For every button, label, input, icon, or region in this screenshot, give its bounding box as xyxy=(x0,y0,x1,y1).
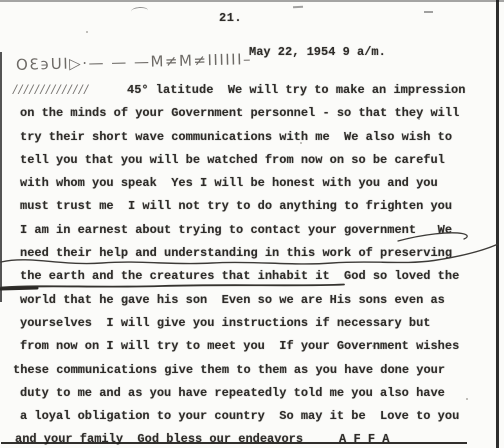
signature-line-underline xyxy=(1,442,467,444)
typed-line: yourselves I will give you instructions … xyxy=(20,312,465,335)
typed-line: I am in earnest about trying to contact … xyxy=(20,219,465,242)
typed-line: and your family God bless our endeavors … xyxy=(15,428,465,448)
typed-line: the earth and the creatures that inhabit… xyxy=(20,265,465,288)
scan-speck xyxy=(86,31,88,33)
typed-line: tell you that you will be watched from n… xyxy=(20,149,465,172)
scan-edge-right xyxy=(496,0,499,448)
typed-line: must trust me I will not try to do anyth… xyxy=(20,195,465,218)
typed-line: on the minds of your Government personne… xyxy=(20,102,465,125)
stray-pencil-dash xyxy=(293,6,303,8)
scan-edge-left xyxy=(0,52,2,302)
typed-line: need their help and understanding in thi… xyxy=(20,242,465,265)
typed-line: a loyal obligation to your country So ma… xyxy=(20,405,465,428)
typed-line: these communications give them to them a… xyxy=(13,359,465,382)
stray-pencil-dash xyxy=(424,11,433,13)
typed-line: 45° latitude We will try to make an impr… xyxy=(127,79,465,102)
typed-line: from now on I will try to meet you If yo… xyxy=(20,335,465,358)
scan-speck xyxy=(466,398,468,400)
typed-line: try their short wave communications with… xyxy=(20,126,465,149)
typed-line: duty to me and as you have repeatedly to… xyxy=(20,382,465,405)
page-number: 21. xyxy=(219,11,242,25)
typed-body: 45° latitude We will try to make an impr… xyxy=(20,79,465,448)
stray-pencil-curve xyxy=(131,6,149,15)
date-line: May 22, 1954 9 a/m. xyxy=(249,45,386,59)
typed-line: with whom you speak Yes I will be honest… xyxy=(20,172,465,195)
typed-line: world that he gave his son Even so we ar… xyxy=(20,289,465,312)
scanned-document-page: 21. May 22, 1954 9 a/m. OƐ϶UI▷·— — —M≠M≠… xyxy=(0,0,504,448)
handwritten-scribble: OƐ϶UI▷·— — —M≠M≠IIIIII– xyxy=(16,50,252,74)
scan-edge-top xyxy=(0,0,504,2)
